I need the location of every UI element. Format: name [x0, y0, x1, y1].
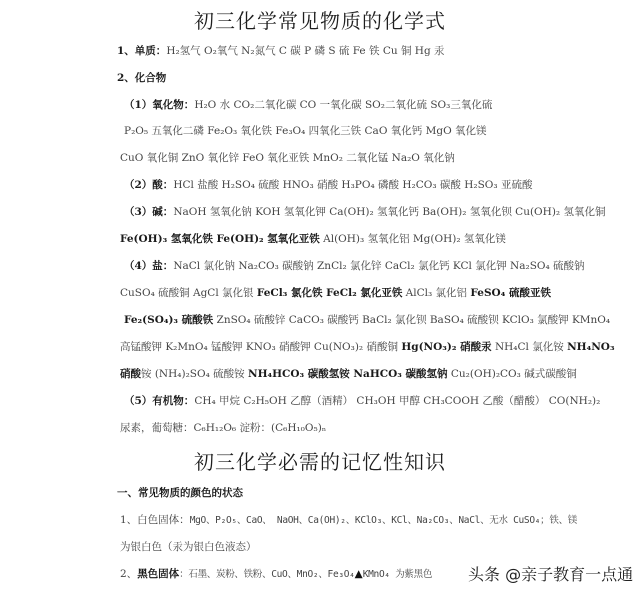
salts-line-3: Fe₂(SO₄)₃ 硫酸铁 ZnSO₄ 硫酸锌 CaCO₃ 碳酸钙 BaCl₂ … — [124, 313, 610, 327]
acids-line: （2）酸：HCl 盐酸 H₂SO₄ 硫酸 HNO₃ 硝酸 H₃PO₄ 磷酸 H₂… — [124, 178, 532, 192]
elements-line: 1、单质：H₂氢气 O₂氧气 N₂氮气 C 碳 P 磷 S 硫 Fe 铁 Cu … — [117, 44, 445, 58]
salts-line-2: CuSO₄ 硫酸铜 AgCl 氯化银 FeCl₃ 氯化铁 FeCl₂ 氯化亚铁 … — [120, 286, 551, 300]
acids-label: （2）酸： — [124, 179, 173, 191]
salts-line-4: 高锰酸钾 K₂MnO₄ 锰酸钾 KNO₃ 硝酸钾 Cu(NO₃)₂ 硝酸铜 Hg… — [120, 340, 615, 354]
bases-label: （3）碱： — [124, 206, 173, 218]
bases-line-1: （3）碱：NaOH 氢氧化钠 KOH 氢氧化钾 Ca(OH)₂ 氢氧化钙 Ba(… — [124, 205, 605, 219]
salts-line-1: （4）盐：NaCl 氯化钠 Na₂CO₃ 碳酸钠 ZnCl₂ 氯化锌 CaCl₂… — [124, 259, 585, 273]
organics-label: （5）有机物： — [124, 395, 194, 407]
salts-line-5: 硝酸铵 (NH₄)₂SO₄ 硫酸铵 NH₄HCO₃ 碳酸氢铵 NaHCO₃ 碳酸… — [120, 367, 577, 381]
oxides-line-1: （1）氧化物：H₂O 水 CO₂二氧化碳 CO 一氧化碳 SO₂二氧化硫 SO₃… — [124, 98, 492, 112]
white-solids-label: 1、白色固体： — [120, 514, 190, 526]
white-solids-line-2: 为银白色（汞为银白色液态） — [120, 540, 257, 554]
white-solids-line-1: 1、白色固体：MgO、P₂O₅、CaO、 NaOH、Ca(OH)₂、KClO₃、… — [120, 513, 577, 528]
black-solids-line: 2、黑色固体：石墨、炭粉、铁粉、CuO、MnO₂、Fe₃O₄▲KMnO₄ 为紫黑… — [120, 567, 432, 582]
bases-line-2: Fe(OH)₃ 氢氧化铁 Fe(OH)₂ 氢氧化亚铁 Al(OH)₃ 氢氧化铝 … — [120, 232, 506, 246]
compounds-heading: 2、化合物 — [117, 71, 166, 85]
colors-states-heading: 一、常见物质的颜色的状态 — [117, 486, 243, 500]
salts-label: （4）盐： — [124, 260, 173, 272]
elements-list: H₂氢气 O₂氧气 N₂氮气 C 碳 P 磷 S 硫 Fe 铁 Cu 铜 Hg … — [166, 45, 444, 57]
document-page: 初三化学常见物质的化学式 1、单质：H₂氢气 O₂氧气 N₂氮气 C 碳 P 磷… — [0, 0, 640, 594]
oxides-line-3: CuO 氧化铜 ZnO 氧化锌 FeO 氧化亚铁 MnO₂ 二氧化锰 Na₂O … — [120, 151, 455, 165]
oxides-line-2: P₂O₅ 五氧化二磷 Fe₂O₃ 氧化铁 Fe₃O₄ 四氧化三铁 CaO 氧化钙… — [124, 124, 487, 138]
elements-label: 1、单质： — [117, 45, 166, 57]
doc-title-chemical-formulas: 初三化学常见物质的化学式 — [0, 5, 640, 34]
organics-line-2: 尿素，葡萄糖：C₆H₁₂O₆ 淀粉：(C₆H₁₀O₅)ₙ — [120, 421, 326, 435]
organics-line-1: （5）有机物：CH₄ 甲烷 C₂H₅OH 乙醇（酒精） CH₃OH 甲醇 CH₃… — [124, 394, 600, 408]
doc-title-memory-knowledge: 初三化学必需的记忆性知识 — [0, 446, 640, 475]
triangle-icon: ▲ — [355, 568, 363, 580]
black-solids-label: 黑色固体 — [137, 568, 179, 580]
oxides-label: （1）氧化物： — [124, 99, 194, 111]
watermark-text: 头条 @亲子教育一点通 — [468, 562, 633, 585]
